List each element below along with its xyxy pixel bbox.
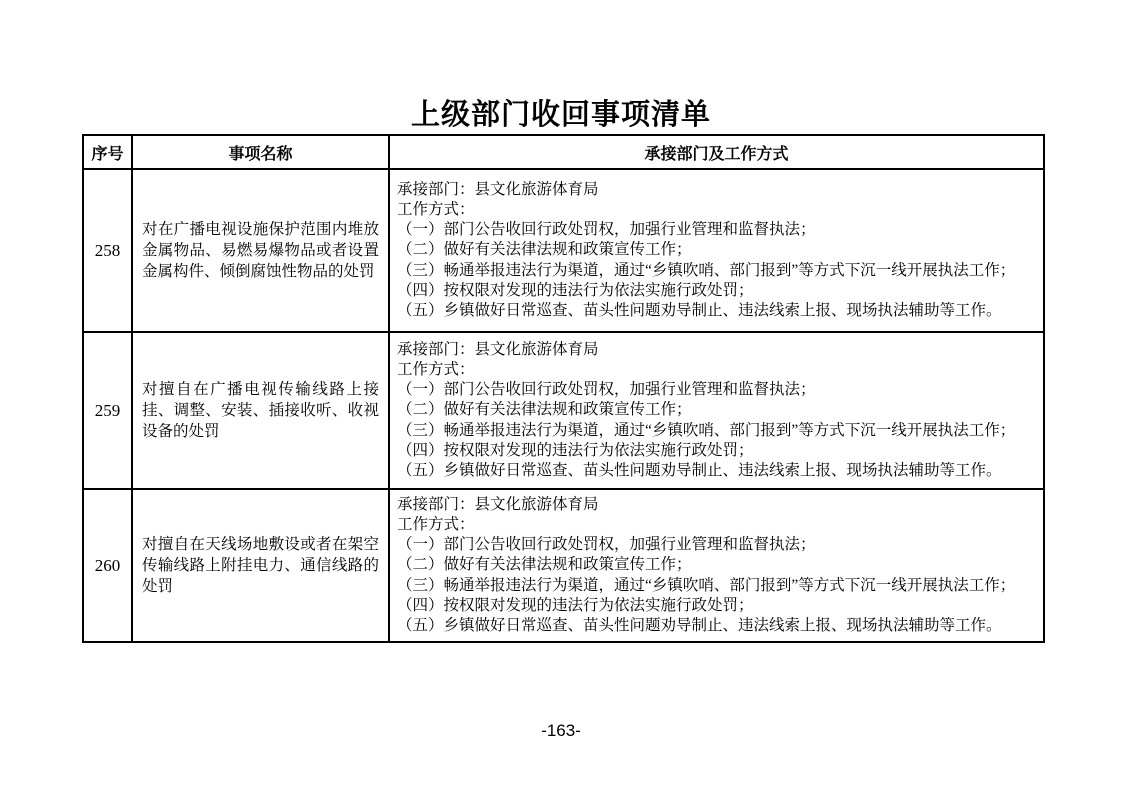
method-item-1: （一）部门公告收回行政处罚权，加强行业管理和监督执法； bbox=[397, 380, 1036, 400]
method-item-4: （四）按权限对发现的违法行为依法实施行政处罚； bbox=[397, 596, 1036, 616]
method-item-4: （四）按权限对发现的违法行为依法实施行政处罚； bbox=[397, 281, 1036, 301]
serial-number: 258 bbox=[83, 169, 132, 332]
method-item-3: （三）畅通举报违法行为渠道，通过“乡镇吹哨、部门报到”等方式下沉一线开展执法工作… bbox=[397, 421, 1036, 441]
method-item-3: （三）畅通举报违法行为渠道，通过“乡镇吹哨、部门报到”等方式下沉一线开展执法工作… bbox=[397, 261, 1036, 281]
dept-method-cell: 承接部门：县文化旅游体育局 工作方式： （一）部门公告收回行政处罚权，加强行业管… bbox=[389, 332, 1044, 489]
table-header-row: 序号 事项名称 承接部门及工作方式 bbox=[83, 135, 1044, 169]
table-row: 260 对擅自在天线场地敷设或者在架空传输线路上附挂电力、通信线路的处罚 承接部… bbox=[83, 489, 1044, 642]
method-item-2: （二）做好有关法律法规和政策宣传工作； bbox=[397, 240, 1036, 260]
column-header-serial: 序号 bbox=[83, 135, 132, 169]
dept-method-cell: 承接部门：县文化旅游体育局 工作方式： （一）部门公告收回行政处罚权，加强行业管… bbox=[389, 489, 1044, 642]
page-title: 上级部门收回事项清单 bbox=[0, 92, 1122, 133]
method-label-line: 工作方式： bbox=[397, 200, 1036, 220]
dept-method-cell: 承接部门：县文化旅游体育局 工作方式： （一）部门公告收回行政处罚权，加强行业管… bbox=[389, 169, 1044, 332]
method-label-line: 工作方式： bbox=[397, 360, 1036, 380]
dept-line: 承接部门：县文化旅游体育局 bbox=[397, 495, 1036, 515]
serial-number: 260 bbox=[83, 489, 132, 642]
item-name: 对擅自在天线场地敷设或者在架空传输线路上附挂电力、通信线路的处罚 bbox=[132, 489, 389, 642]
column-header-item-name: 事项名称 bbox=[132, 135, 389, 169]
method-item-4: （四）按权限对发现的违法行为依法实施行政处罚； bbox=[397, 441, 1036, 461]
item-name: 对擅自在广播电视传输线路上接挂、调整、安装、插接收听、收视设备的处罚 bbox=[132, 332, 389, 489]
method-item-2: （二）做好有关法律法规和政策宣传工作； bbox=[397, 400, 1036, 420]
method-item-5: （五）乡镇做好日常巡查、苗头性问题劝导制止、违法线索上报、现场执法辅助等工作。 bbox=[397, 461, 1036, 481]
document-page: 上级部门收回事项清单 序号 事项名称 承接部门及工作方式 258 对在广播电视设… bbox=[0, 0, 1122, 793]
table-row: 259 对擅自在广播电视传输线路上接挂、调整、安装、插接收听、收视设备的处罚 承… bbox=[83, 332, 1044, 489]
method-item-5: （五）乡镇做好日常巡查、苗头性问题劝导制止、违法线索上报、现场执法辅助等工作。 bbox=[397, 301, 1036, 321]
dept-line: 承接部门：县文化旅游体育局 bbox=[397, 180, 1036, 200]
method-label-line: 工作方式： bbox=[397, 515, 1036, 535]
method-item-1: （一）部门公告收回行政处罚权，加强行业管理和监督执法； bbox=[397, 220, 1036, 240]
method-item-2: （二）做好有关法律法规和政策宣传工作； bbox=[397, 555, 1036, 575]
item-name: 对在广播电视设施保护范围内堆放金属物品、易燃易爆物品或者设置金属构件、倾倒腐蚀性… bbox=[132, 169, 389, 332]
column-header-dept-method: 承接部门及工作方式 bbox=[389, 135, 1044, 169]
page-number: -163- bbox=[0, 721, 1122, 741]
method-item-5: （五）乡镇做好日常巡查、苗头性问题劝导制止、违法线索上报、现场执法辅助等工作。 bbox=[397, 616, 1036, 636]
table-row: 258 对在广播电视设施保护范围内堆放金属物品、易燃易爆物品或者设置金属构件、倾… bbox=[83, 169, 1044, 332]
serial-number: 259 bbox=[83, 332, 132, 489]
dept-line: 承接部门：县文化旅游体育局 bbox=[397, 340, 1036, 360]
items-table: 序号 事项名称 承接部门及工作方式 258 对在广播电视设施保护范围内堆放金属物… bbox=[82, 134, 1045, 643]
method-item-1: （一）部门公告收回行政处罚权，加强行业管理和监督执法； bbox=[397, 535, 1036, 555]
method-item-3: （三）畅通举报违法行为渠道，通过“乡镇吹哨、部门报到”等方式下沉一线开展执法工作… bbox=[397, 576, 1036, 596]
